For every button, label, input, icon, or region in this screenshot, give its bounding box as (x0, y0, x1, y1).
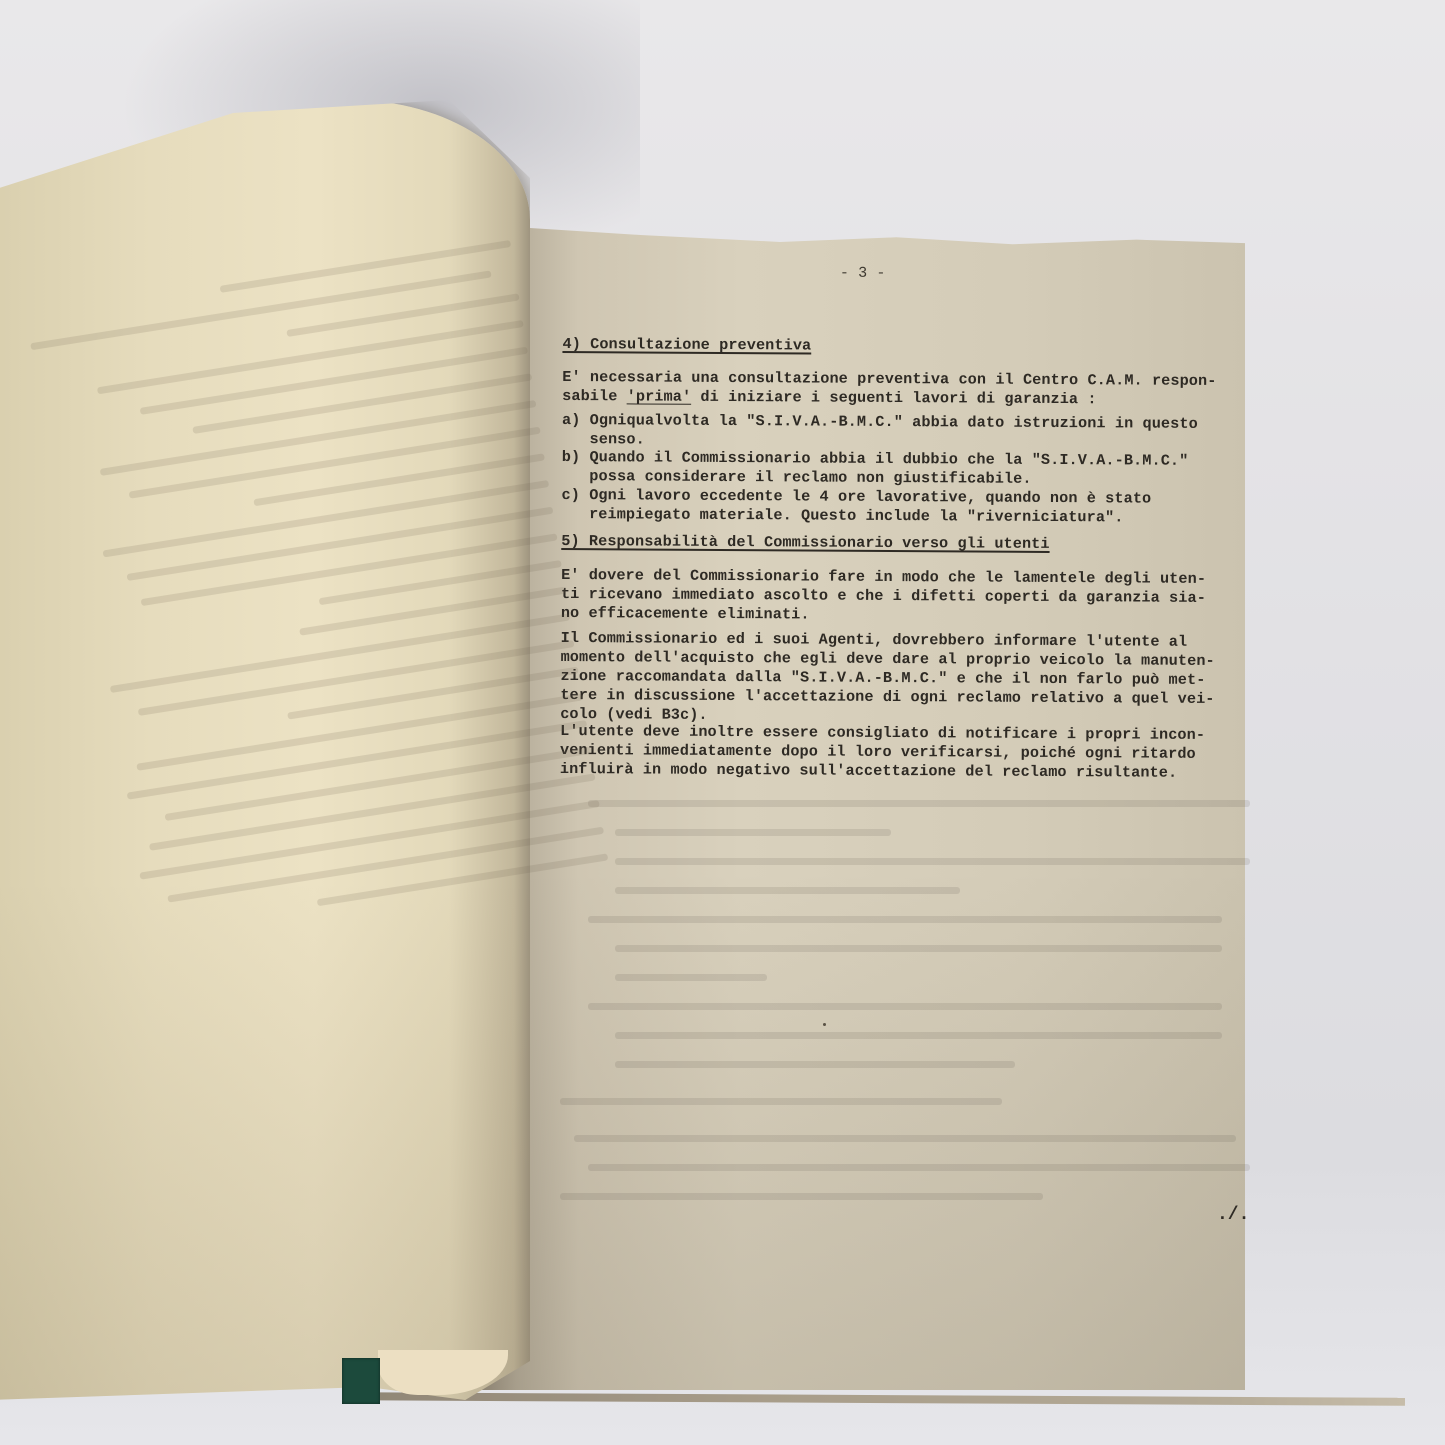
continuation-mark: ./. (1217, 1205, 1249, 1225)
paragraph: Il Commissionario ed i suoi Agenti, dovr… (560, 629, 1241, 728)
list-label: b) (562, 448, 581, 466)
section-4-intro: E' necessaria una consultazione preventi… (562, 368, 1242, 410)
list-text: Quando il Commissionario abbia il dubbio… (562, 448, 1189, 488)
list-item: c) Ogni lavoro eccedente le 4 ore lavora… (561, 486, 1151, 528)
list-label: c) (562, 486, 581, 504)
emphasis-prima: 'prima' (627, 387, 692, 405)
section-4-heading: 4) Consultazione preventiva (562, 335, 811, 356)
list-label: a) (562, 411, 581, 429)
binding-tape (342, 1358, 380, 1404)
paragraph: E' dovere del Commissionario fare in mod… (561, 566, 1241, 627)
dust-speck (823, 1023, 826, 1026)
list-text: Ogniqualvolta la "S.I.V.A.-B.M.C." abbia… (562, 411, 1198, 448)
left-curled-page (0, 100, 530, 1400)
list-item: a) Ogniqualvolta la "S.I.V.A.-B.M.C." ab… (562, 411, 1198, 453)
underlying-page-edge (345, 1392, 1405, 1406)
paragraph: L'utente deve inoltre essere consigliato… (560, 722, 1240, 783)
list-text: Ogni lavoro eccedente le 4 ore lavorativ… (561, 486, 1151, 526)
page-number: - 3 - (840, 264, 886, 283)
intro-text-end: di iniziare i seguenti lavori di garanzi… (691, 388, 1097, 408)
list-item: b) Quando il Commissionario abbia il dub… (562, 448, 1189, 490)
section-5-heading: 5) Responsabilità del Commissionario ver… (561, 532, 1049, 554)
